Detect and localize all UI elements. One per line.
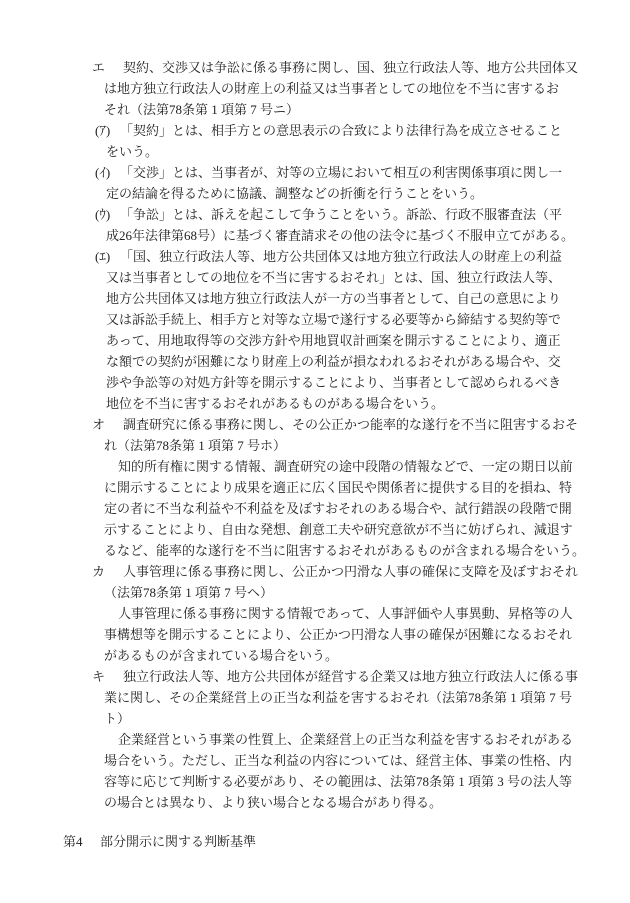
text-line: (ｴ)「国、独立行政法人等、地方公共団体又は地方独立行政法人の財産上の利益 xyxy=(95,246,630,267)
text-line: (ｳ)「争訟」とは、訴えを起こして争うことをいう。訴訟、行政不服審査法（平 xyxy=(95,204,630,225)
line-text: 地方公共団体又は地方独立行政法人が一方の当事者として、自己の意思により xyxy=(106,291,561,306)
line-text: れ（法第78条第 1 項第 7 号ホ） xyxy=(104,438,286,453)
line-text: 知的所有権に関する情報、調査研究の途中段階の情報などで、一定の期日以前 xyxy=(118,459,573,474)
text-line: に開示することにより成果を適正に広く国民や関係者に提供する目的を損ね、特 xyxy=(104,477,630,498)
text-line: 企業経営という事業の性質上、企業経営上の正当な利益を害するおそれがある xyxy=(118,729,630,750)
line-text: 事構想等を開示することにより、公正かつ円滑な人事の確保が困難になるおそれ xyxy=(104,627,572,642)
line-text: 場合をいう。ただし、正当な利益の内容については、経営主体、事業の性格、内 xyxy=(104,753,572,768)
line-text: に開示することにより成果を適正に広く国民や関係者に提供する目的を損ね、特 xyxy=(104,480,572,495)
text-line: な額での契約が困難になり財産上の利益が損なわれるおそれがある場合や、交 xyxy=(106,351,630,372)
line-text: をいう。 xyxy=(106,144,158,159)
text-line: 容等に応じて判断する必要があり、その範囲は、法第78条第 1 項第 3 号の法人… xyxy=(104,771,630,792)
line-text: それ（法第78条第 1 項第 7 号ニ） xyxy=(104,102,299,117)
line-text: 「争訟」とは、訴えを起こして争うことをいう。訴訟、行政不服審査法（平 xyxy=(120,207,562,222)
line-text: 「交渉」とは、当事者が、対等の立場において相互の利害関係事項に関し一 xyxy=(120,165,562,180)
item-label: (ｳ) xyxy=(95,204,120,225)
text-line: オ調査研究に係る事務に関し、その公正かつ能率的な遂行を不当に阻害するおそ xyxy=(92,414,630,435)
line-text: 成26年法律第68号）に基づく審査請求その他の法令に基づく不服申立てがある。 xyxy=(106,228,574,243)
text-line: (ｱ)「契約」とは、相手方との意思表示の合致により法律行為を成立させること xyxy=(95,120,630,141)
line-text: 「国、独立行政法人等、地方公共団体又は地方独立行政法人の財産上の利益 xyxy=(120,249,562,264)
text-line: があるものが含まれている場合をいう。 xyxy=(104,645,630,666)
line-text: 「契約」とは、相手方との意思表示の合致により法律行為を成立させること xyxy=(120,123,562,138)
text-line: の場合とは異なり、より狭い場合となる場合があり得る。 xyxy=(104,792,630,813)
text-line: 定の者に不当な利益や不利益を及ぼすおそれのある場合や、試行錯誤の段階で開 xyxy=(104,498,630,519)
line-text: ト） xyxy=(104,711,130,726)
item-label: エ xyxy=(92,57,123,78)
text-line: キ独立行政法人等、地方公共団体が経営する企業又は地方独立行政法人に係る事 xyxy=(92,666,630,687)
text-line: あって、用地取得等の交渉方針や用地買収計画案を開示することにより、適正 xyxy=(106,330,630,351)
section-title: 部分開示に関する判断基準 xyxy=(100,834,256,849)
text-line: 示することにより、自由な発想、創意工夫や研究意欲が不当に妨げられ、減退す xyxy=(104,519,630,540)
item-label: (ｲ) xyxy=(95,162,120,183)
document-page: エ契約、交渉又は争訟に係る事務に関し、国、独立行政法人等、地方公共団体又は地方独… xyxy=(0,0,630,903)
line-text: 渉や争訟等の対処方針等を開示することにより、当事者として認められるべき xyxy=(106,375,561,390)
item-label: (ｱ) xyxy=(95,120,120,141)
text-line: をいう。 xyxy=(106,141,630,162)
text-line: ト） xyxy=(104,708,630,729)
line-text: 定の者に不当な利益や不利益を及ぼすおそれのある場合や、試行錯誤の段階で開 xyxy=(104,501,572,516)
line-text: 地位を不当に害するおそれがあるものがある場合をいう。 xyxy=(106,396,444,411)
line-text: 独立行政法人等、地方公共団体が経営する企業又は地方独立行政法人に係る事 xyxy=(123,669,578,684)
line-text: があるものが含まれている場合をいう。 xyxy=(104,648,338,663)
line-text: 示することにより、自由な発想、創意工夫や研究意欲が不当に妨げられ、減退す xyxy=(104,522,573,537)
text-line: 人事管理に係る事務に関する情報であって、人事評価や人事異動、昇格等の人 xyxy=(118,603,630,624)
line-text: の場合とは異なり、より狭い場合となる場合があり得る。 xyxy=(104,795,442,810)
text-line: エ契約、交渉又は争訟に係る事務に関し、国、独立行政法人等、地方公共団体又 xyxy=(92,57,630,78)
line-text: あって、用地取得等の交渉方針や用地買収計画案を開示することにより、適正 xyxy=(106,333,561,348)
text-line: 事構想等を開示することにより、公正かつ円滑な人事の確保が困難になるおそれ xyxy=(104,624,630,645)
text-lines: エ契約、交渉又は争訟に係る事務に関し、国、独立行政法人等、地方公共団体又は地方独… xyxy=(0,57,630,813)
line-text: るなど、能率的な遂行を不当に阻害するおそれがあるものが含まれる場合をいう。 xyxy=(104,543,585,558)
line-text: 人事管理に係る事務に関する情報であって、人事評価や人事異動、昇格等の人 xyxy=(118,606,573,621)
text-line: 又は訴訟手続上、相手方と対等な立場で遂行する必要等から締結する契約等で xyxy=(106,309,630,330)
text-line: それ（法第78条第 1 項第 7 号ニ） xyxy=(104,99,630,120)
line-text: 人事管理に係る事務に関し、公正かつ円滑な人事の確保に支障を及ぼすおそれ xyxy=(123,564,578,579)
text-line: は地方独立行政法人の財産上の利益又は当事者としての地位を不当に害するお xyxy=(104,78,630,99)
line-text: 契約、交渉又は争訟に係る事務に関し、国、独立行政法人等、地方公共団体又 xyxy=(123,60,578,75)
text-line: （法第78条第 1 項第 7 号ヘ） xyxy=(104,582,630,603)
section-heading: 第4部分開示に関する判断基準 xyxy=(63,831,630,852)
item-label: (ｴ) xyxy=(95,246,120,267)
item-label: オ xyxy=(92,414,123,435)
line-text: 又は当事者としての地位を不当に害するおそれ」とは、国、独立行政法人等、 xyxy=(106,270,561,285)
item-label: カ xyxy=(92,561,123,582)
item-label: キ xyxy=(92,666,123,687)
line-text: 又は訴訟手続上、相手方と対等な立場で遂行する必要等から締結する契約等で xyxy=(106,312,561,327)
line-text: 企業経営という事業の性質上、企業経営上の正当な利益を害するおそれがある xyxy=(118,732,573,747)
text-line: 場合をいう。ただし、正当な利益の内容については、経営主体、事業の性格、内 xyxy=(104,750,630,771)
line-text: 定の結論を得るために協議、調整などの折衝を行うことをいう。 xyxy=(106,186,483,201)
text-line: 地方公共団体又は地方独立行政法人が一方の当事者として、自己の意思により xyxy=(106,288,630,309)
line-text: 業に関し、その企業経営上の正当な利益を害するおそれ（法第78条第 1 項第 7 … xyxy=(104,690,572,705)
line-text: 調査研究に係る事務に関し、その公正かつ能率的な遂行を不当に阻害するおそ xyxy=(123,417,578,432)
line-text: （法第78条第 1 項第 7 号ヘ） xyxy=(104,585,273,600)
text-line: 渉や争訟等の対処方針等を開示することにより、当事者として認められるべき xyxy=(106,372,630,393)
text-line: れ（法第78条第 1 項第 7 号ホ） xyxy=(104,435,630,456)
text-line: (ｲ)「交渉」とは、当事者が、対等の立場において相互の利害関係事項に関し一 xyxy=(95,162,630,183)
text-line: 知的所有権に関する情報、調査研究の途中段階の情報などで、一定の期日以前 xyxy=(118,456,630,477)
text-line: 業に関し、その企業経営上の正当な利益を害するおそれ（法第78条第 1 項第 7 … xyxy=(104,687,630,708)
line-text: な額での契約が困難になり財産上の利益が損なわれるおそれがある場合や、交 xyxy=(106,354,561,369)
text-line: 地位を不当に害するおそれがあるものがある場合をいう。 xyxy=(106,393,630,414)
section-number: 第4 xyxy=(63,831,100,852)
document-body: エ契約、交渉又は争訟に係る事務に関し、国、独立行政法人等、地方公共団体又は地方独… xyxy=(0,0,630,852)
text-line: カ人事管理に係る事務に関し、公正かつ円滑な人事の確保に支障を及ぼすおそれ xyxy=(92,561,630,582)
line-text: は地方独立行政法人の財産上の利益又は当事者としての地位を不当に害するお xyxy=(104,81,559,96)
text-line: るなど、能率的な遂行を不当に阻害するおそれがあるものが含まれる場合をいう。 xyxy=(104,540,630,561)
line-text: 容等に応じて判断する必要があり、その範囲は、法第78条第 1 項第 3 号の法人… xyxy=(104,774,572,789)
text-line: 定の結論を得るために協議、調整などの折衝を行うことをいう。 xyxy=(106,183,630,204)
text-line: 成26年法律第68号）に基づく審査請求その他の法令に基づく不服申立てがある。 xyxy=(106,225,630,246)
text-line: 又は当事者としての地位を不当に害するおそれ」とは、国、独立行政法人等、 xyxy=(106,267,630,288)
